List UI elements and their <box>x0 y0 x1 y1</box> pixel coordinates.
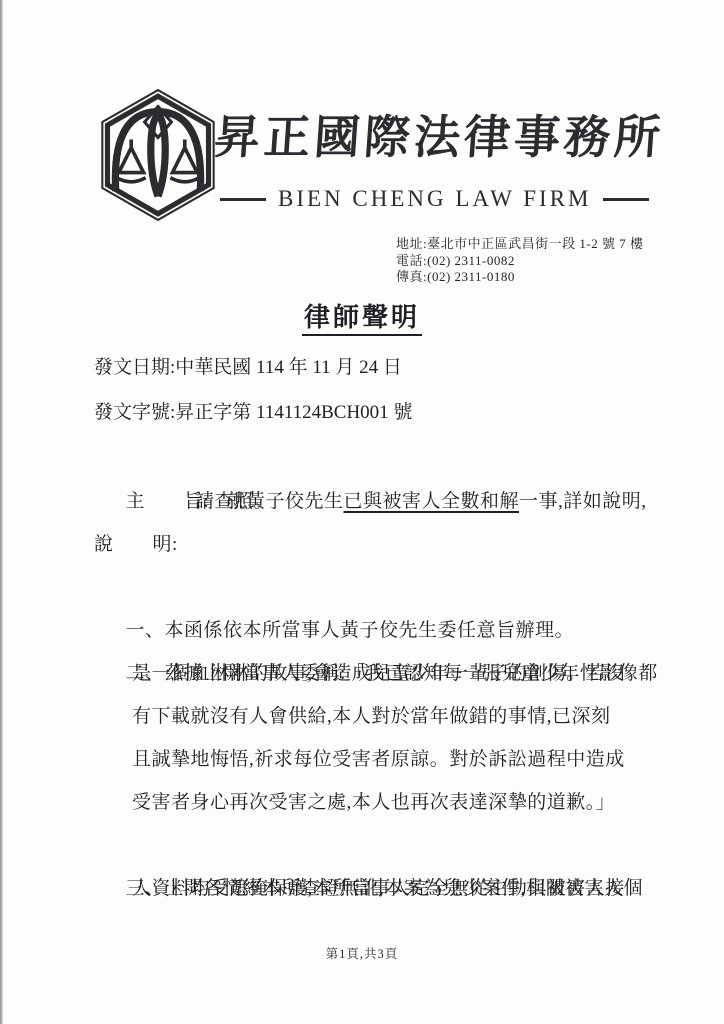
document-body: 主 旨:就黃子佼先生已與被害人全數和解一事,詳如說明, 請查照。 說 明: 一、… <box>94 437 646 910</box>
paragraph-2-line-5: 受害者身心再次受害之處,本人也再次表達深摯的道歉。」 <box>94 781 646 824</box>
paragraph-3-line-2: 人資料均受遮掩保護,本所當事人完全無從主動與被害人接 <box>94 867 646 910</box>
paragraph-2-line-2: 是一個血淋淋的故事,會造成兒童少年一輩子的創傷。若沒 <box>94 652 646 695</box>
subject-text-underlined: 已與被害人全數和解 <box>344 491 520 512</box>
phone-line: 電話:(02) 2311-0082 <box>396 253 643 270</box>
firm-name-chinese: 昇正國際法律事務所 <box>211 94 669 182</box>
paragraph-2-line-3: 有下載就沒有人會供給,本人對於當年做錯的事情,已深刻 <box>94 695 646 738</box>
reference-number-line: 發文字號:昇正字第 1141124BCH001 號 <box>94 391 412 434</box>
firm-name-english: BIEN CHENG LAW FIRM <box>278 186 591 212</box>
law-firm-logo-icon <box>96 88 220 222</box>
paragraph-1-line-1: 一、本函係依本所當事人黃子佼先生委任意旨辦理。 <box>94 566 646 609</box>
paragraph-1-number: 一、 <box>126 620 165 641</box>
subject-line-1: 主 旨:就黃子佼先生已與被害人全數和解一事,詳如說明, <box>94 437 646 480</box>
paragraph-3-line-1: 三、上開各情經本所查證無訛,本案為兒少案件,相關被害人個 <box>94 824 646 867</box>
paragraph-2-line-4: 且誠摯地悔悟,祈求每位受害者原諒。對於訴訟過程中造成 <box>94 738 646 781</box>
subject-text-post: 一事,詳如說明, <box>519 491 647 512</box>
issue-date-line: 發文日期:中華民國 114 年 11 月 24 日 <box>94 346 402 389</box>
document-title-text: 律師聲明 <box>302 303 422 336</box>
firm-name-english-row: BIEN CHENG LAW FIRM <box>220 186 658 212</box>
page-number-footer: 第1頁,共3頁 <box>0 944 724 962</box>
document-title: 律師聲明 <box>0 297 724 334</box>
left-rule-line <box>220 198 266 201</box>
firm-contact-block: 地址:臺北市中正區武昌街一段 1-2 號 7 樓 電話:(02) 2311-00… <box>396 236 643 286</box>
paragraph-1-text: 本函係依本所當事人黃子佼先生委任意旨辦理。 <box>165 620 575 641</box>
scan-edge-line <box>0 0 3 1024</box>
explanation-label: 說 明: <box>94 523 646 566</box>
address-line: 地址:臺北市中正區武昌街一段 1-2 號 7 樓 <box>396 236 643 253</box>
fax-line: 傳真:(02) 2311-0180 <box>396 269 643 286</box>
document-page: 昇正國際法律事務所 BIEN CHENG LAW FIRM 地址:臺北市中正區武… <box>0 0 724 1024</box>
right-rule-line <box>603 198 649 201</box>
